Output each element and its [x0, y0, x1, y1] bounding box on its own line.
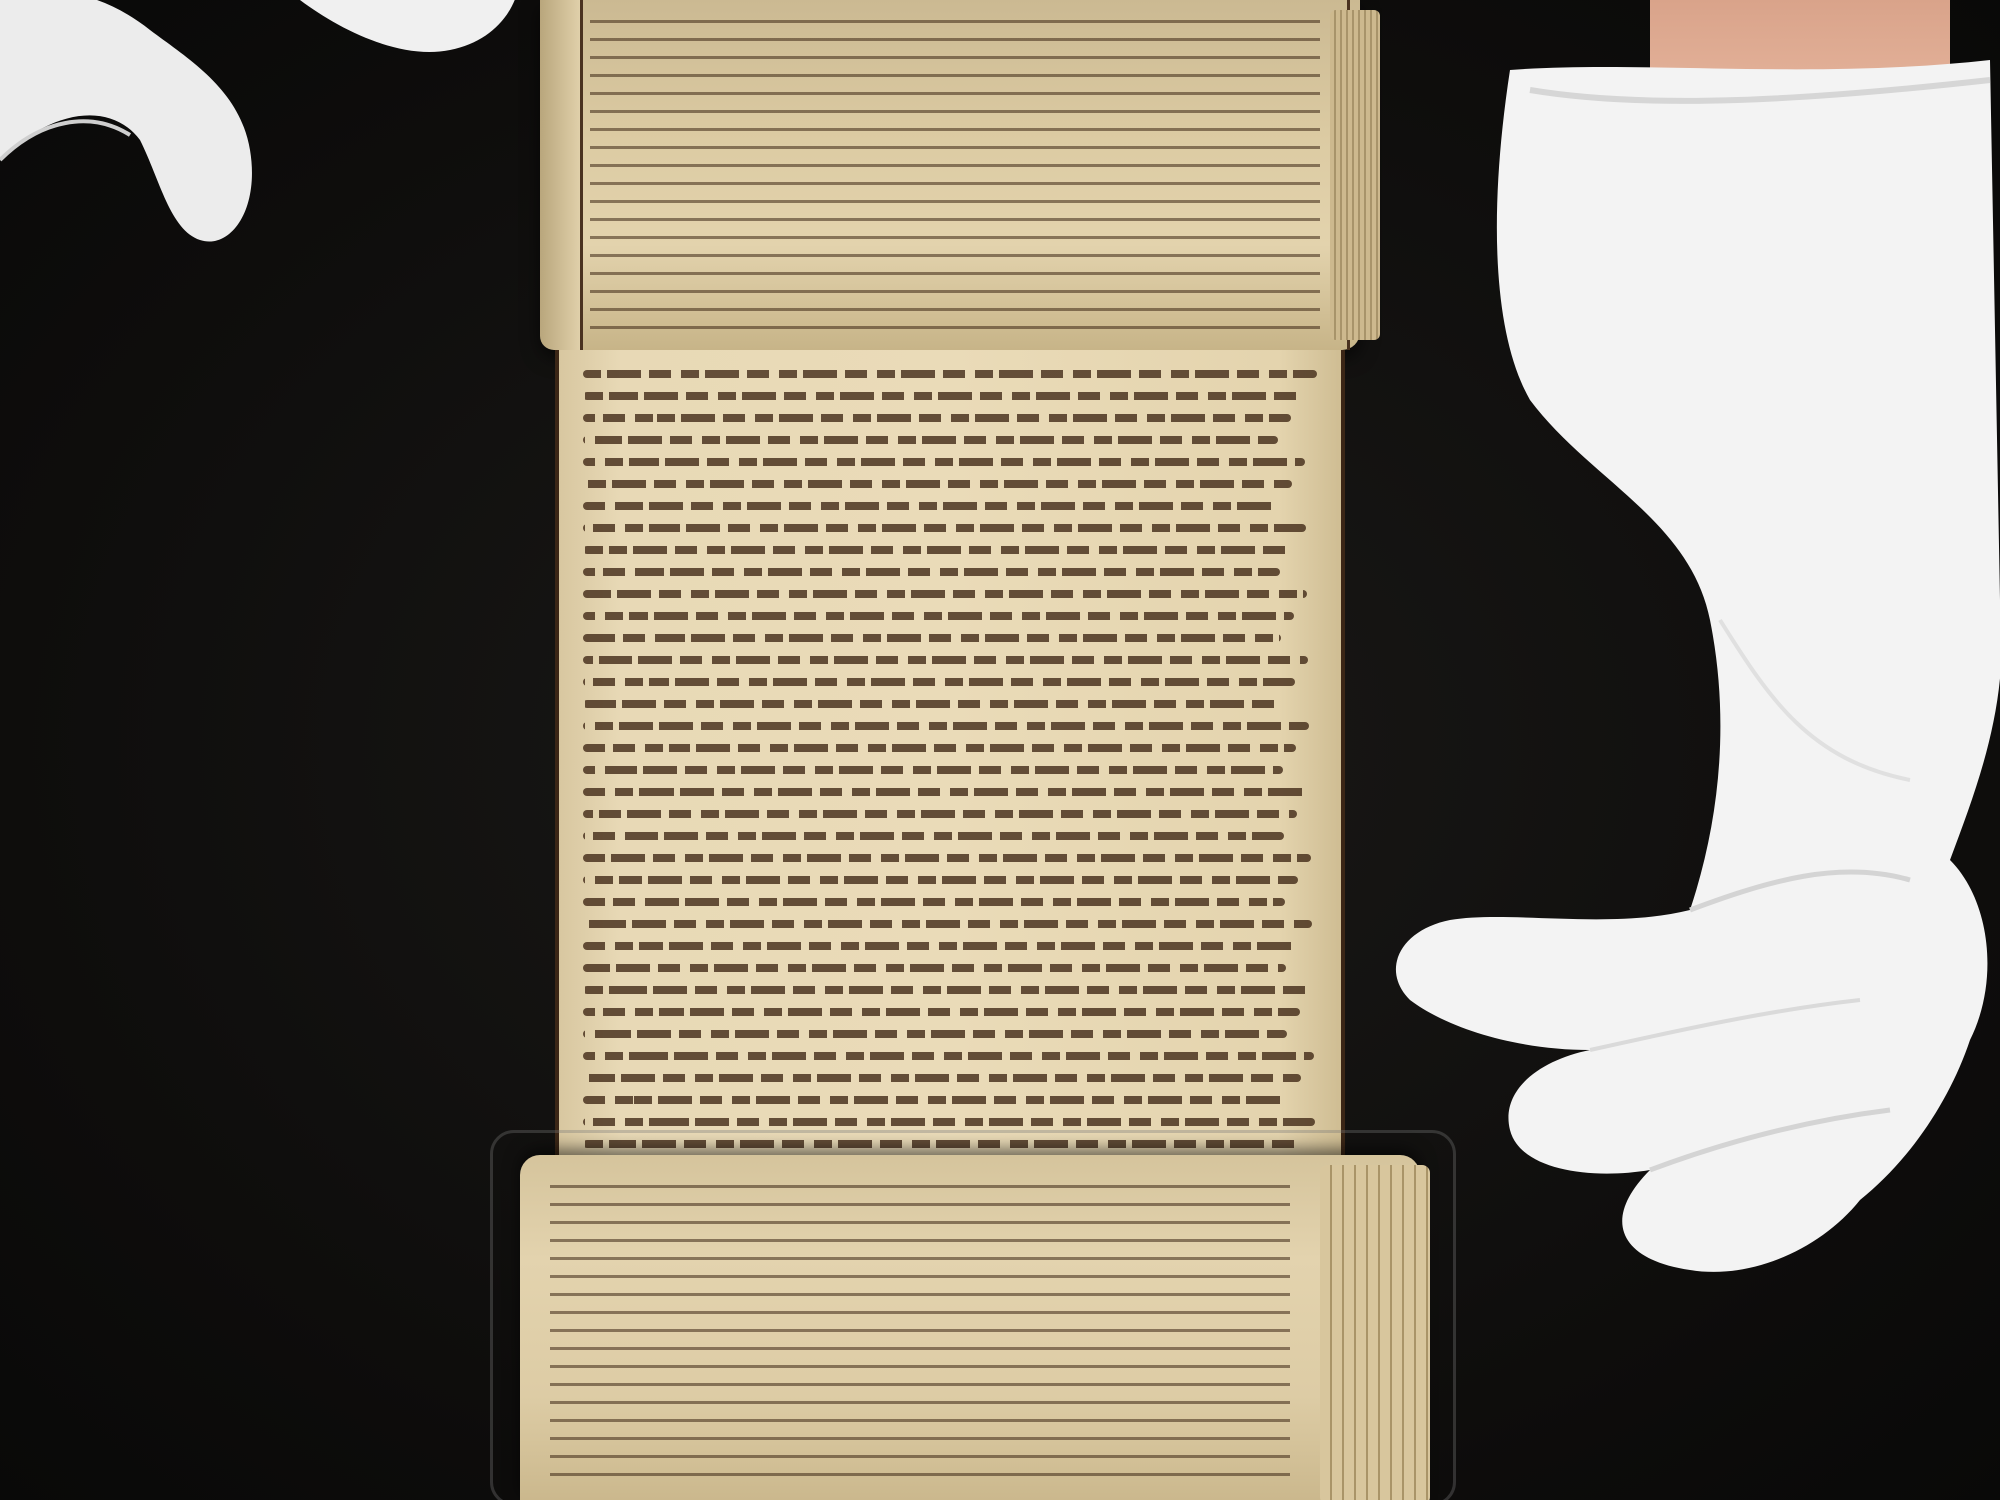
right-white-glove: [1390, 0, 2000, 1460]
handwriting-line: [583, 634, 1281, 642]
handwriting-line: [583, 1008, 1300, 1016]
handwriting-line: [583, 524, 1306, 532]
handwriting-line: [583, 590, 1307, 598]
handwriting-line: [583, 656, 1308, 664]
handwriting-line: [583, 546, 1293, 554]
handwriting-line: [583, 832, 1284, 840]
handwriting-texture-top: [590, 10, 1320, 330]
handwriting-line: [583, 612, 1294, 620]
handwriting-line: [583, 1030, 1287, 1038]
scroll-bottom-roll: [520, 1155, 1420, 1500]
handwriting-line: [583, 1096, 1288, 1104]
roll-edge-right: [1330, 10, 1380, 340]
handwriting-line: [583, 436, 1278, 444]
handwriting-line: [583, 744, 1296, 752]
handwriting-texture-bottom: [550, 1175, 1290, 1490]
left-white-glove: [0, 0, 540, 280]
handwriting-line: [583, 920, 1312, 928]
scroll-open-sheet: [555, 350, 1345, 1160]
handwriting-line: [583, 480, 1292, 488]
handwriting-line: [583, 766, 1283, 774]
handwriting-line: [583, 1074, 1301, 1082]
roll-edge-left: [540, 0, 580, 350]
handwriting-line: [583, 502, 1279, 510]
handwriting-line: [583, 414, 1291, 422]
handwriting-line: [583, 392, 1304, 400]
handwriting-line: [583, 568, 1280, 576]
handwriting-line: [583, 898, 1285, 906]
handwriting-line: [583, 942, 1299, 950]
handwriting-line: [583, 700, 1282, 708]
scroll-top-roll: [540, 0, 1360, 350]
handwriting-line: [583, 370, 1317, 378]
handwriting-line: [583, 788, 1310, 796]
handwriting-line: [583, 678, 1295, 686]
handwriting-line: [583, 854, 1311, 862]
handwriting-line: [583, 458, 1305, 466]
handwriting-line: [583, 722, 1309, 730]
handwriting-line: [583, 986, 1313, 994]
handwriting-line: [583, 876, 1298, 884]
handwriting-line: [583, 1118, 1315, 1126]
handwriting-line: [583, 1052, 1314, 1060]
handwriting-line: [583, 810, 1297, 818]
handwriting-line: [583, 964, 1286, 972]
